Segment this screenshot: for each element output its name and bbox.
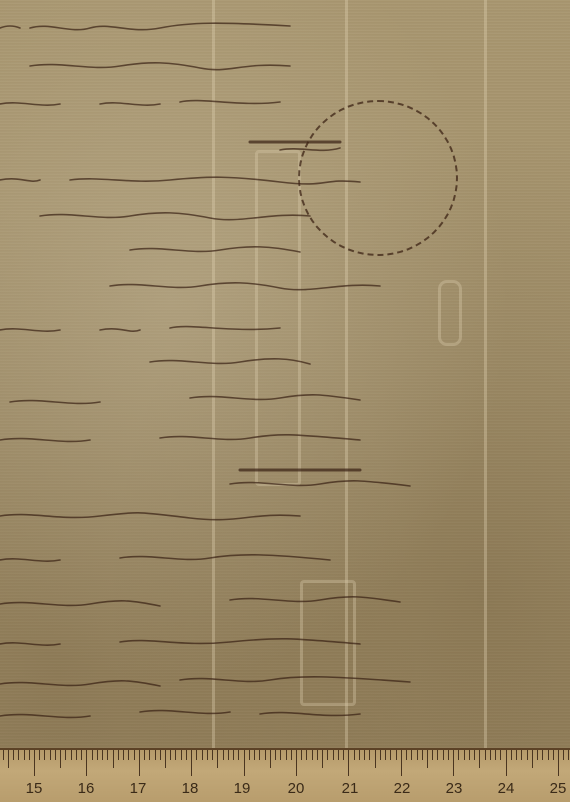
ruler-tick [191, 750, 192, 776]
ruler-tick [160, 750, 161, 760]
ruler-tick [265, 750, 266, 760]
ruler-tick [76, 750, 77, 760]
ruler-tick [128, 750, 129, 760]
ruler-tick [301, 750, 302, 760]
ruler-tick [186, 750, 187, 760]
ruler-tick [170, 750, 171, 760]
ruler-tick [102, 750, 103, 760]
ruler-tick [60, 750, 61, 768]
ruler-tick [249, 750, 250, 760]
ruler-tick [333, 750, 334, 760]
ruler-tick [291, 750, 292, 760]
ruler-tick [86, 750, 87, 776]
ruler-label: 20 [288, 780, 305, 797]
ruler-tick [427, 750, 428, 768]
ruler-tick [97, 750, 98, 760]
ruler-tick [375, 750, 376, 768]
ruler-tick [385, 750, 386, 760]
ruler-tick [92, 750, 93, 760]
ruler-tick [500, 750, 501, 760]
ruler-tick [464, 750, 465, 760]
ruler-tick [270, 750, 271, 768]
ruler-tick [296, 750, 297, 776]
ruler-tick [359, 750, 360, 760]
ruler-tick [474, 750, 475, 760]
ruler-tick [369, 750, 370, 760]
ruler-tick [558, 750, 559, 776]
ruler-tick [511, 750, 512, 760]
ruler-tick [563, 750, 564, 760]
ruler-label: 25 [550, 780, 567, 797]
ruler-tick [254, 750, 255, 760]
ruler-tick [506, 750, 507, 776]
ruler-tick [458, 750, 459, 760]
ruler-tick [401, 750, 402, 776]
ruler-tick [71, 750, 72, 760]
ruler-tick [8, 750, 9, 768]
ruler-tick [516, 750, 517, 760]
ruler-tick [532, 750, 533, 768]
ruler-tick [306, 750, 307, 760]
ruler-tick [107, 750, 108, 760]
ruler-tick [553, 750, 554, 760]
ruler-tick [453, 750, 454, 776]
ruler-tick [181, 750, 182, 760]
ruler-tick [144, 750, 145, 760]
ruler-tick [207, 750, 208, 760]
ruler-tick [364, 750, 365, 760]
ruler-tick [396, 750, 397, 760]
ruler-label: 15 [26, 780, 43, 797]
ruler-tick [322, 750, 323, 768]
ruler-tick [469, 750, 470, 760]
ruler-tick [81, 750, 82, 760]
ruler-tick [312, 750, 313, 760]
handwriting [0, 0, 570, 748]
ruler-tick [479, 750, 480, 768]
ruler-tick [443, 750, 444, 760]
ruler-tick [327, 750, 328, 760]
ruler-tick [18, 750, 19, 760]
ruler-tick [537, 750, 538, 760]
ruler-tick [223, 750, 224, 760]
ruler-tick [34, 750, 35, 776]
ruler-tick [527, 750, 528, 760]
ruler-tick [275, 750, 276, 760]
letter-page [0, 0, 570, 748]
ruler-tick [338, 750, 339, 760]
ruler-label: 18 [182, 780, 199, 797]
ruler-tick [521, 750, 522, 760]
ruler-tick [259, 750, 260, 760]
ruler-tick [548, 750, 549, 760]
ruler-tick [422, 750, 423, 760]
ruler-tick [495, 750, 496, 760]
ruler-tick [448, 750, 449, 760]
ruler-tick [568, 750, 569, 760]
ruler-tick [29, 750, 30, 760]
ruler-tick [348, 750, 349, 776]
ruler-tick [317, 750, 318, 760]
ruler-tick [65, 750, 66, 760]
measuring-ruler: 15 16 17 18 19 20 21 22 23 24 25 [0, 748, 570, 800]
ruler-tick [390, 750, 391, 760]
ruler-tick [485, 750, 486, 760]
ruler-tick [134, 750, 135, 760]
ruler-tick [39, 750, 40, 760]
ruler-tick [139, 750, 140, 776]
ruler-tick [411, 750, 412, 760]
ruler-tick [113, 750, 114, 768]
ruler-label: 16 [78, 780, 95, 797]
ruler-tick [155, 750, 156, 760]
ruler-tick [165, 750, 166, 768]
ruler-tick [212, 750, 213, 760]
ruler-tick [13, 750, 14, 760]
ruler-tick [233, 750, 234, 760]
ruler-tick [244, 750, 245, 776]
ruler-tick [380, 750, 381, 760]
ruler-tick [118, 750, 119, 760]
ruler-tick [354, 750, 355, 760]
ruler-label: 21 [342, 780, 359, 797]
ruler-tick [196, 750, 197, 760]
ruler-tick [44, 750, 45, 760]
ruler-label: 24 [498, 780, 515, 797]
ruler-label: 17 [130, 780, 147, 797]
ruler-tick [149, 750, 150, 760]
ruler-tick [432, 750, 433, 760]
ruler-tick [123, 750, 124, 760]
postmark-stamp [298, 100, 458, 256]
ruler-tick [286, 750, 287, 760]
ruler-tick [55, 750, 56, 760]
ruler-tick [24, 750, 25, 760]
ruler-tick [202, 750, 203, 760]
ruler-tick [406, 750, 407, 760]
ruler-label: 22 [394, 780, 411, 797]
ruler-label: 23 [446, 780, 463, 797]
ruler-tick [3, 750, 4, 760]
ruler-tick [280, 750, 281, 760]
ruler-tick [238, 750, 239, 760]
ruler-tick [175, 750, 176, 760]
ruler-tick [437, 750, 438, 760]
ruler-tick [343, 750, 344, 760]
ruler-tick [417, 750, 418, 760]
ruler-tick [228, 750, 229, 760]
ruler-tick [50, 750, 51, 760]
ruler-label: 19 [234, 780, 251, 797]
ruler-tick [490, 750, 491, 760]
ruler-tick [542, 750, 543, 760]
ruler-tick [217, 750, 218, 768]
